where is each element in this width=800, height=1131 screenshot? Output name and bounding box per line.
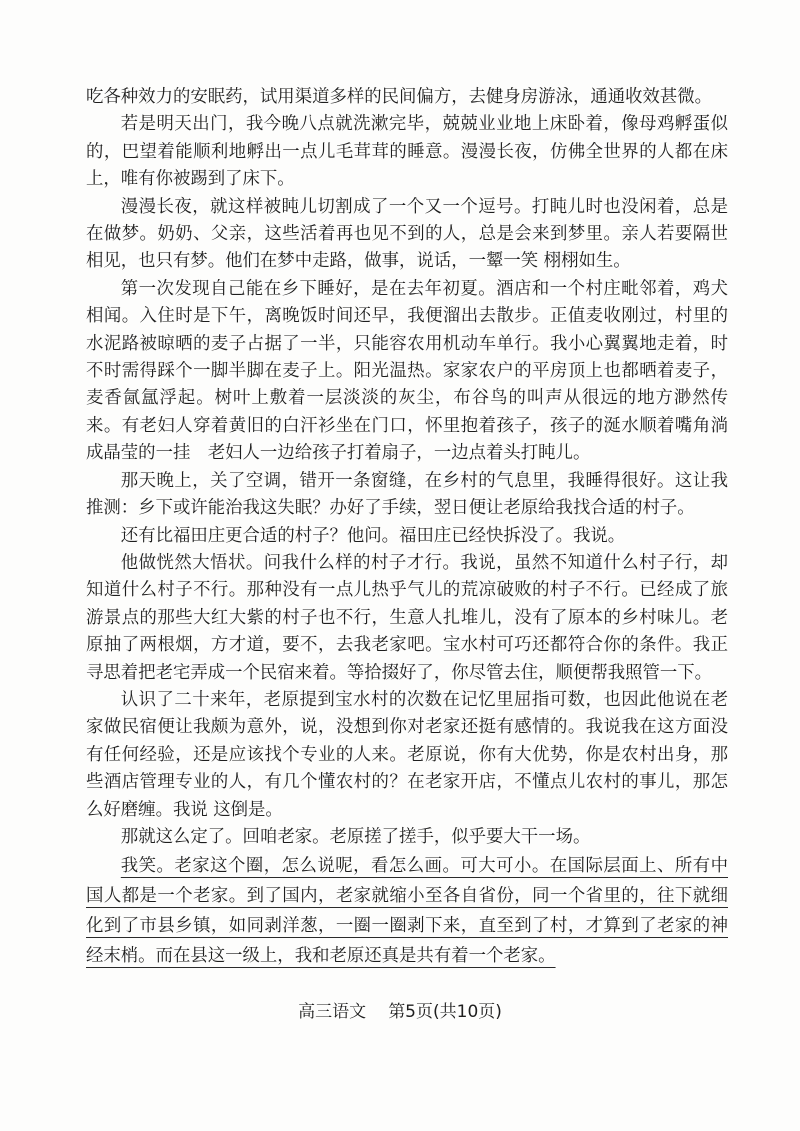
page-footer: 高三语文第5页(共10页) — [0, 997, 800, 1022]
passage-paragraph: 漫漫长夜，就这样被盹儿切割成了一个又一个逗号。打盹儿时也没闲着，总是在做梦。奶奶… — [86, 194, 728, 276]
passage-paragraph: 认识了二十来年，老原提到宝水村的次数在记忆里屈指可数，也因此他说在老家做民宿便让… — [86, 687, 728, 824]
document-page: 吃各种效力的安眠药，试用渠道多样的民间偏方，去健身房游泳，通通收效甚微。 若是明… — [0, 0, 800, 1131]
passage-paragraph: 那天晚上，关了空调，错开一条窗缝，在乡村的气息里，我睡得很好。这让我推测：乡下或… — [86, 468, 728, 523]
passage-paragraph: 那就这么定了。回咱老家。老原搓了搓手，似乎要大干一场。 — [86, 824, 728, 851]
passage-paragraph: 他做恍然大悟状。问我什么样的村子才行。我说，虽然不知道什么村子行，却知道什么村子… — [86, 550, 728, 687]
passage-paragraph: 还有比福田庄更合适的村子？他问。福田庄已经快拆没了。我说。 — [86, 523, 728, 550]
footer-page-number: 第5页(共10页) — [388, 1002, 502, 1022]
reading-passage: 吃各种效力的安眠药，试用渠道多样的民间偏方，去健身房游泳，通通收效甚微。 若是明… — [86, 84, 728, 971]
passage-paragraph: 第一次发现自己能在乡下睡好，是在去年初夏。酒店和一个村庄毗邻着，鸡犬相闻。入住时… — [86, 276, 728, 468]
passage-paragraph: 若是明天出门，我今晚八点就洗漱完毕，兢兢业业地上床卧着，像母鸡孵蛋似的，巴望着能… — [86, 111, 728, 193]
footer-course-label: 高三语文 — [298, 1002, 366, 1022]
passage-paragraph-underlined: 我笑。老家这个圈，怎么说呢，看怎么画。可大可小。在国际层面上、所有中国人都是一个… — [86, 851, 728, 971]
passage-paragraph: 吃各种效力的安眠药，试用渠道多样的民间偏方，去健身房游泳，通通收效甚微。 — [86, 84, 728, 111]
